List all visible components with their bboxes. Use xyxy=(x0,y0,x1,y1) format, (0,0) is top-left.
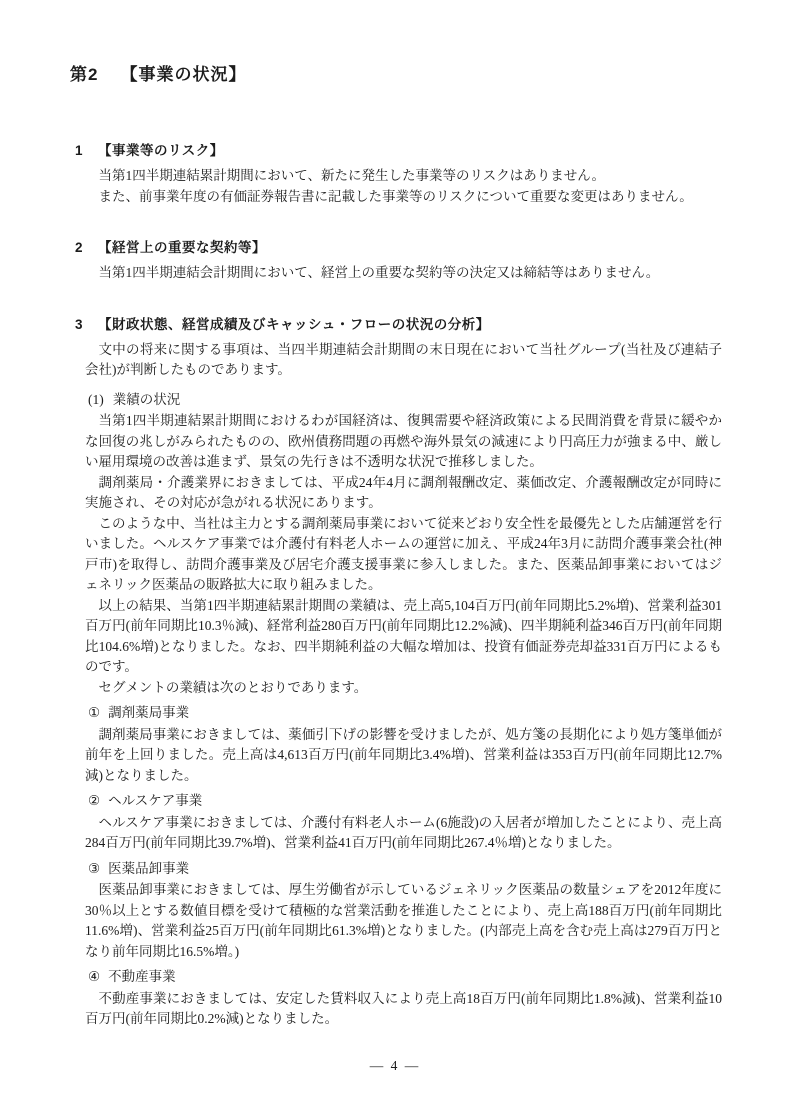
segment-body: 医薬品卸事業におきましては、厚生労働省が示しているジェネリック医薬品の数量シェア… xyxy=(70,880,722,962)
segment-heading-pharma-wholesale: ③ 医薬品卸事業 xyxy=(70,859,722,880)
paragraph: 不動産事業におきましては、安定した賃料収入により売上高18百万円(前年同期比1.… xyxy=(85,989,722,1030)
paragraph: 医薬品卸事業におきましては、厚生労働省が示しているジェネリック医薬品の数量シェア… xyxy=(85,880,722,962)
section-body: 文中の将来に関する事項は、当四半期連結会計期間の末日現在において当社グループ(当… xyxy=(70,340,722,381)
subsection-number: (1) xyxy=(88,390,104,411)
segment-heading-real-estate: ④ 不動産事業 xyxy=(70,967,722,988)
segment-body: 不動産事業におきましては、安定した賃料収入により売上高18百万円(前年同期比1.… xyxy=(70,989,722,1030)
paragraph: セグメントの業績は次のとおりであります。 xyxy=(85,678,722,699)
paragraph: 当第1四半期連結会計期間において、経営上の重要な契約等の決定又は締結等はありませ… xyxy=(85,263,722,284)
segment-heading-healthcare: ② ヘルスケア事業 xyxy=(70,791,722,812)
page-title: 第2 【事業の状況】 xyxy=(70,64,722,86)
section-number: 1 xyxy=(75,140,83,161)
segment-marker: ④ xyxy=(88,967,100,988)
page-number: ― 4 ― xyxy=(0,1056,790,1077)
paragraph: 以上の結果、当第1四半期連結累計期間の業績は、売上高5,104百万円(前年同期比… xyxy=(85,596,722,678)
segment-body: 調剤薬局事業におきましては、薬価引下げの影響を受けましたが、処方箋の長期化により… xyxy=(70,725,722,787)
section-body: 当第1四半期連結累計期間において、新たに発生した事業等のリスクはありません。 ま… xyxy=(70,166,722,207)
section-number: 2 xyxy=(75,237,83,258)
section-heading: 3 【財政状態、経営成績及びキャッシュ・フローの状況の分析】 xyxy=(70,314,722,335)
segment-name: ヘルスケア事業 xyxy=(108,791,202,812)
section-heading: 2 【経営上の重要な契約等】 xyxy=(70,237,722,258)
page-title-number: 第2 xyxy=(70,64,98,86)
paragraph: 調剤薬局・介護業界におきましては、平成24年4月に調剤報酬改定、薬価改定、介護報… xyxy=(85,473,722,514)
segment-marker: ② xyxy=(88,791,100,812)
paragraph: また、前事業年度の有価証券報告書に記載した事業等のリスクについて重要な変更はあり… xyxy=(85,187,722,208)
section-material-contracts: 2 【経営上の重要な契約等】 当第1四半期連結会計期間において、経営上の重要な契… xyxy=(70,237,722,284)
subsection-title: 業績の状況 xyxy=(113,390,181,411)
section-body: 当第1四半期連結会計期間において、経営上の重要な契約等の決定又は締結等はありませ… xyxy=(70,263,722,284)
subsection-body: 当第1四半期連結累計期間におけるわが国経済は、復興需要や経済政策による民間消費を… xyxy=(70,411,722,698)
segment-marker: ③ xyxy=(88,859,100,880)
segment-heading-pharmacy: ① 調剤薬局事業 xyxy=(70,703,722,724)
document-page: 第2 【事業の状況】 1 【事業等のリスク】 当第1四半期連結累計期間において、… xyxy=(0,0,790,1118)
subsection-heading-business-results: (1) 業績の状況 xyxy=(70,390,722,411)
section-title: 【財政状態、経営成績及びキャッシュ・フローの状況の分析】 xyxy=(98,314,490,335)
paragraph: ヘルスケア事業におきましては、介護付有料老人ホーム(6施設)の入居者が増加したこ… xyxy=(85,813,722,854)
page-title-text: 【事業の状況】 xyxy=(120,64,246,86)
paragraph: 調剤薬局事業におきましては、薬価引下げの影響を受けましたが、処方箋の長期化により… xyxy=(85,725,722,787)
segment-name: 調剤薬局事業 xyxy=(108,703,189,724)
section-business-risks: 1 【事業等のリスク】 当第1四半期連結累計期間において、新たに発生した事業等の… xyxy=(70,140,722,207)
section-financial-analysis: 3 【財政状態、経営成績及びキャッシュ・フローの状況の分析】 文中の将来に関する… xyxy=(70,314,722,1030)
segment-marker: ① xyxy=(88,703,100,724)
section-heading: 1 【事業等のリスク】 xyxy=(70,140,722,161)
paragraph: 当第1四半期連結累計期間におけるわが国経済は、復興需要や経済政策による民間消費を… xyxy=(85,411,722,473)
section-title: 【事業等のリスク】 xyxy=(98,140,224,161)
section-number: 3 xyxy=(75,314,83,335)
segment-name: 医薬品卸事業 xyxy=(108,859,189,880)
paragraph: 文中の将来に関する事項は、当四半期連結会計期間の末日現在において当社グループ(当… xyxy=(85,340,722,381)
segment-name: 不動産事業 xyxy=(108,967,176,988)
paragraph: このような中、当社は主力とする調剤薬局事業において従来どおり安全性を最優先とした… xyxy=(85,514,722,596)
paragraph: 当第1四半期連結累計期間において、新たに発生した事業等のリスクはありません。 xyxy=(85,166,722,187)
segment-body: ヘルスケア事業におきましては、介護付有料老人ホーム(6施設)の入居者が増加したこ… xyxy=(70,813,722,854)
section-title: 【経営上の重要な契約等】 xyxy=(98,237,266,258)
